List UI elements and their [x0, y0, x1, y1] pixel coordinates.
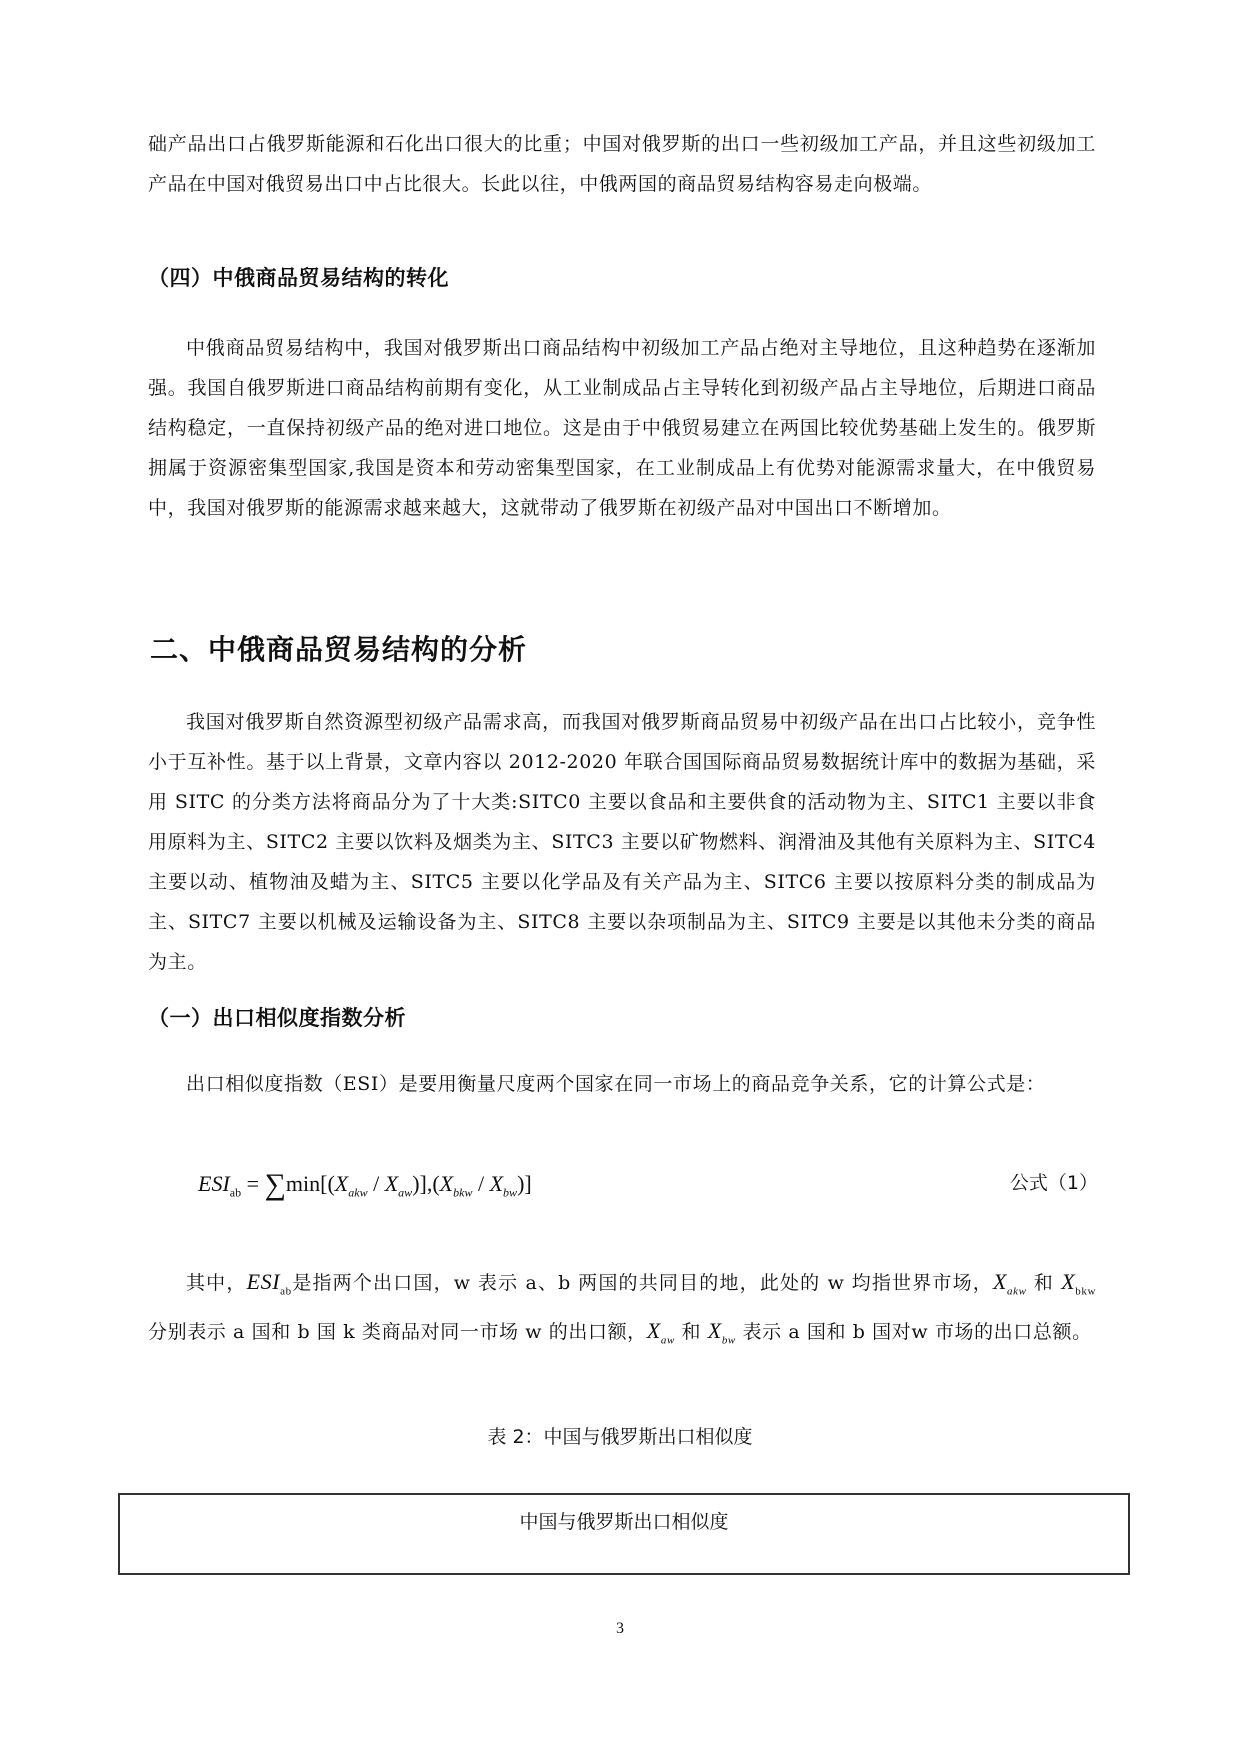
esi-formula: ESIab = ∑min[(Xakw / Xaw)],(Xbkw / Xbw)]…: [198, 1168, 1098, 1208]
chapter-2-paragraph: 我国对俄罗斯自然资源型初级产品需求高，而我国对俄罗斯商品贸易中初级产品在出口占比…: [148, 702, 1096, 982]
section-4-paragraph: 中俄商品贸易结构中，我国对俄罗斯出口商品结构中初级加工产品占绝对主导地位，且这种…: [148, 328, 1096, 528]
chapter-2-heading: 二、中俄商品贸易结构的分析: [150, 628, 527, 668]
continuation-paragraph: 础产品出口占俄罗斯能源和石化出口很大的比重；中国对俄罗斯的出口一些初级加工产品，…: [148, 124, 1096, 204]
table-2-header-cell: 中国与俄罗斯出口相似度: [120, 1507, 1128, 1534]
document-page: 础产品出口占俄罗斯能源和石化出口很大的比重；中国对俄罗斯的出口一些初级加工产品，…: [0, 0, 1240, 1754]
section-4-heading: （四）中俄商品贸易结构的转化: [148, 262, 449, 292]
page-number: 3: [0, 1620, 1240, 1638]
sum-symbol: ∑: [265, 1168, 286, 1201]
table-2: 中国与俄罗斯出口相似度: [118, 1493, 1130, 1575]
formula-label: 公式（1）: [1010, 1168, 1098, 1195]
table-2-caption: 表 2：中国与俄罗斯出口相似度: [0, 1422, 1240, 1449]
esi-explanation-paragraph: 其中，ESIab是指两个出口国，w 表示 a、b 两国的共同目的地，此处的 w …: [148, 1262, 1096, 1361]
section-1-heading: （一）出口相似度指数分析: [148, 1002, 406, 1032]
esi-intro-paragraph: 出口相似度指数（ESI）是要用衡量尺度两个国家在同一市场上的商品竞争关系，它的计…: [148, 1064, 1096, 1104]
formula-expression: ESIab = ∑min[(Xakw / Xaw)],(Xbkw / Xbw)]: [198, 1168, 532, 1202]
